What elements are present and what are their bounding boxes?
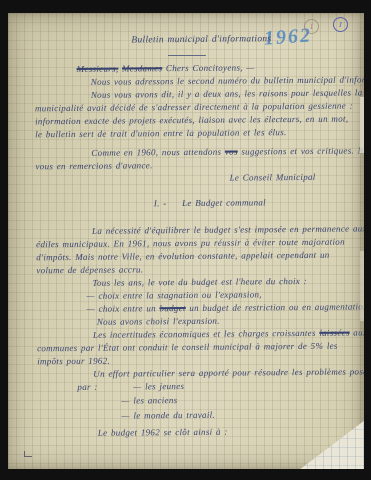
manuscript-line: d'impôts. Mais notre Ville, en évolution…: [36, 249, 352, 265]
strikethrough-word: laissées: [319, 328, 349, 338]
manuscript-line: communes par l'État ont conduit le conse…: [37, 340, 353, 356]
strikethrough-word: Mesdames: [122, 63, 162, 73]
line-segment: suggestions et vos critiques. Nous: [241, 145, 364, 156]
page-edge-sliver: [360, 251, 364, 321]
signature: Le Conseil Municipal: [36, 171, 352, 187]
line-segment: aux: [353, 327, 364, 337]
corner-fold-mark: [24, 451, 32, 457]
section-title: Le Budget communal: [182, 197, 266, 208]
manuscript-page: 1 1 1962 Bulletin municipal d'informatio…: [8, 13, 364, 469]
line-segment: Comme en 1960, nous attendons: [91, 147, 221, 158]
manuscript-line: Un effort particulier sera apporté pour …: [37, 366, 353, 382]
salutation: Chers Concitoyens, —: [166, 62, 255, 73]
manuscript-line: Comme en 1960, nous attendons vos sugges…: [35, 145, 351, 161]
closing-line: Le budget 1962 se clôt ainsi à :: [38, 424, 354, 442]
manuscript-line: le bulletin sert de trait d'union entre …: [35, 126, 351, 142]
section-heading: I. - Le Budget communal: [36, 196, 352, 212]
page-edge-sliver: [360, 97, 364, 153]
list-item: — le monde du travail.: [38, 407, 354, 425]
document-title: Bulletin municipal d'informations: [34, 33, 350, 49]
line-segment: — choix entre un: [87, 303, 156, 314]
list-intro-label: par :: [77, 382, 97, 392]
line-segment: un budget de restriction ou en augmentat…: [189, 301, 364, 313]
list-item: — les jeunes: [133, 381, 184, 391]
line-segment: Les incertitudes économiques et les char…: [93, 328, 316, 340]
scan-background: { "colors": { "ink": "#3a4670", "annotat…: [0, 0, 371, 480]
document-title-text: Bulletin municipal d'informations: [131, 34, 271, 45]
strikethrough-word: Messieurs,: [77, 64, 119, 74]
strikethrough-word: vos: [225, 147, 238, 157]
strikethrough-word: budget: [159, 303, 185, 313]
section-number: I. -: [154, 198, 167, 208]
manuscript-text: Bulletin municipal d'informations Messie…: [8, 13, 364, 442]
